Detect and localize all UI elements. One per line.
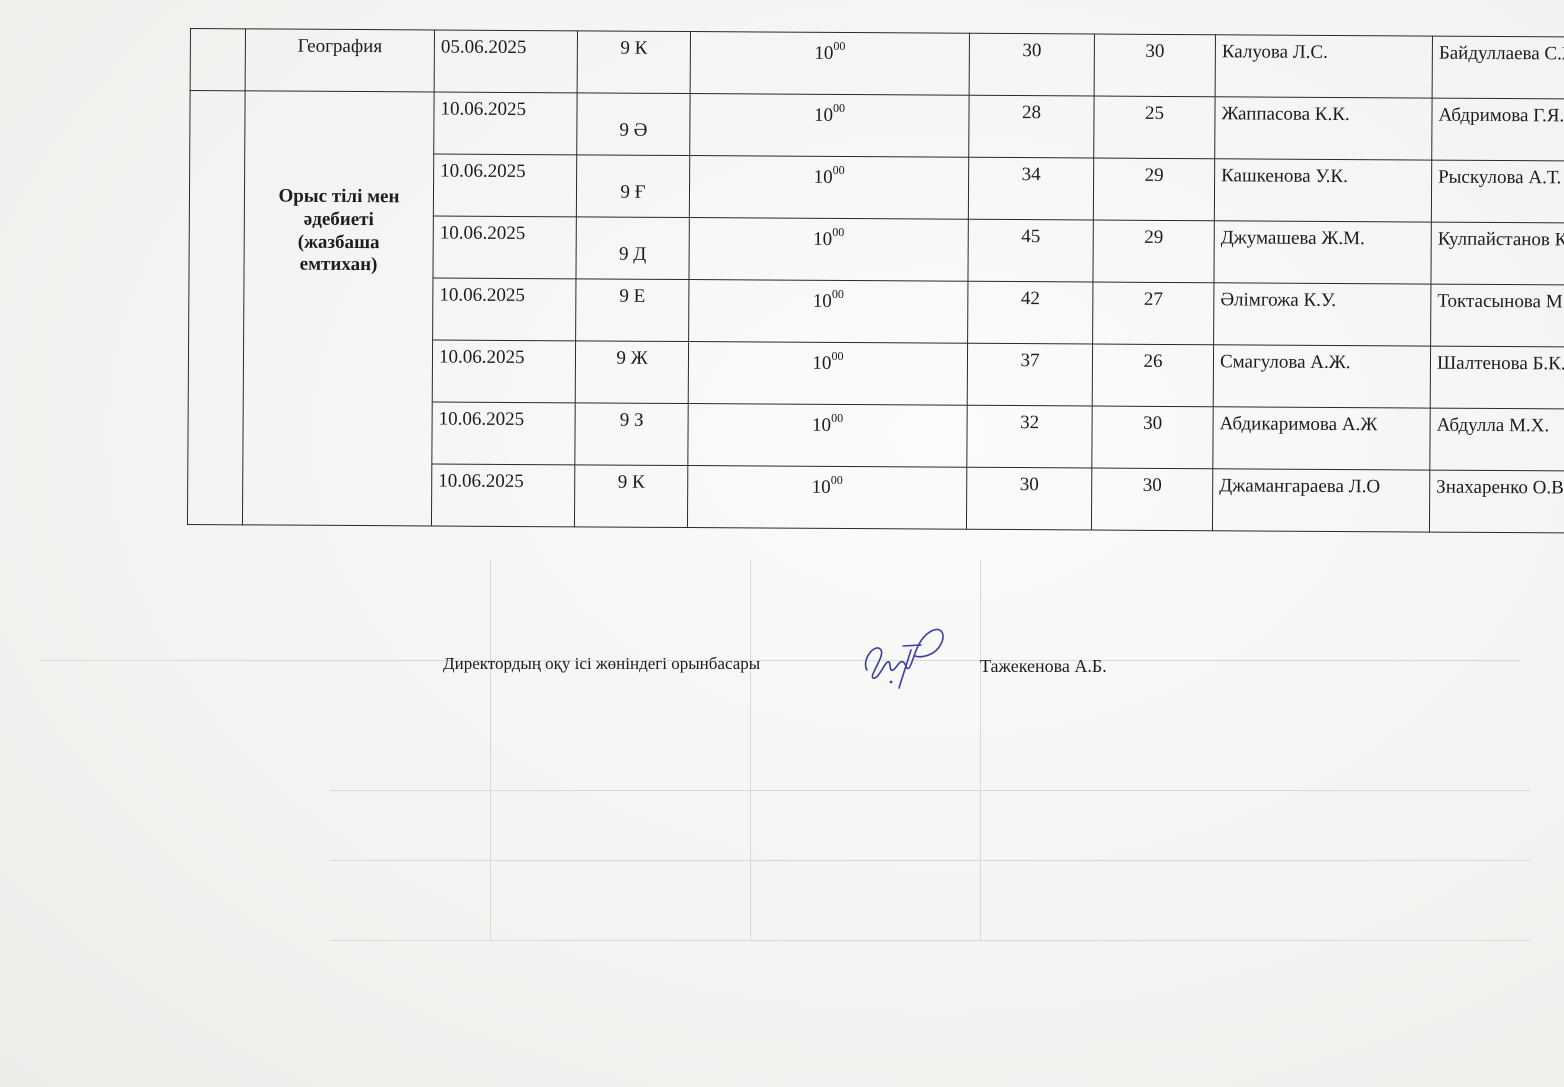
assistant-cell: Токтасынова М.Б. xyxy=(1431,284,1564,347)
bleed-through-line xyxy=(750,560,751,940)
total-students-cell: 37 xyxy=(967,343,1092,406)
date-cell: 10.06.2025 xyxy=(433,216,576,279)
subject-line: Орыс тілі мен xyxy=(251,185,427,209)
class-cell: 9 Ж xyxy=(575,341,688,404)
signer-position: Директордың оқу ісі жөніндегі орынбасары xyxy=(443,654,760,674)
total-students-cell: 32 xyxy=(967,405,1092,468)
participants-cell: 27 xyxy=(1093,282,1214,345)
time-cell: 1000 xyxy=(690,94,969,158)
time-cell: 1000 xyxy=(689,218,968,282)
subject-line: (жазбаша xyxy=(251,231,427,255)
merged-subject-cell: Орыс тілі мен әдебиеті (жазбаша емтихан) xyxy=(242,91,434,526)
participants-cell: 29 xyxy=(1093,220,1214,283)
participants-cell: 30 xyxy=(1094,34,1215,97)
teacher-cell: Джумашева Ж.М. xyxy=(1214,221,1431,284)
class-cell: 9 Е xyxy=(576,279,689,342)
total-students-cell: 28 xyxy=(969,95,1094,158)
participants-cell: 25 xyxy=(1094,96,1215,159)
class-cell: 9 К xyxy=(574,465,687,528)
time-cell: 1000 xyxy=(689,156,968,220)
assistant-cell: Рыскулова А.Т. xyxy=(1431,160,1564,223)
participants-cell: 30 xyxy=(1092,406,1213,469)
bleed-through-line xyxy=(330,940,1530,941)
time-cell: 1000 xyxy=(688,404,967,468)
date-cell: 10.06.2025 xyxy=(432,340,575,403)
assistant-cell: Байдуллаева С.Ж. xyxy=(1432,36,1564,99)
class-cell: 9 К xyxy=(577,31,690,94)
date-cell: 10.06.2025 xyxy=(432,402,575,465)
exam-schedule-table: География 05.06.2025 9 К 1000 30 30 Калу… xyxy=(187,28,1564,534)
class-cell: 9 Ә xyxy=(577,93,690,156)
participants-cell: 30 xyxy=(1091,468,1212,531)
table-row: Орыс тілі мен әдебиеті (жазбаша емтихан)… xyxy=(190,91,1564,162)
teacher-cell: Абдикаримова А.Ж xyxy=(1213,407,1430,470)
assistant-cell: Абдулла М.Х. xyxy=(1430,408,1564,471)
bleed-through-line xyxy=(40,660,1520,661)
teacher-cell: Жаппасова К.К. xyxy=(1215,97,1432,160)
subject-line: емтихан) xyxy=(250,254,426,278)
total-students-cell: 30 xyxy=(966,467,1091,530)
total-students-cell: 34 xyxy=(968,157,1093,220)
total-students-cell: 45 xyxy=(968,219,1093,282)
class-cell: 9 З xyxy=(575,403,688,466)
date-cell: 10.06.2025 xyxy=(433,278,576,341)
participants-cell: 26 xyxy=(1092,344,1213,407)
time-cell: 1000 xyxy=(689,280,968,344)
bleed-through-line xyxy=(330,860,1530,861)
date-cell: 10.06.2025 xyxy=(431,464,574,527)
class-cell: 9 Д xyxy=(576,217,689,280)
teacher-cell: Әлімгожа К.У. xyxy=(1214,283,1431,346)
time-cell: 1000 xyxy=(687,466,966,530)
assistant-cell: Шалтенова Б.К. xyxy=(1430,346,1564,409)
table-row: География 05.06.2025 9 К 1000 30 30 Калу… xyxy=(190,29,1564,100)
row-number-cell xyxy=(190,29,245,91)
teacher-cell: Смагулова А.Ж. xyxy=(1213,345,1430,408)
time-cell: 1000 xyxy=(688,342,967,406)
date-cell: 10.06.2025 xyxy=(434,92,577,155)
signer-name: Тажекенова А.Б. xyxy=(980,656,1107,677)
assistant-cell: Абдримова Г.Я. xyxy=(1432,98,1564,161)
total-students-cell: 42 xyxy=(968,281,1093,344)
class-cell: 9 Ғ xyxy=(576,155,689,218)
teacher-cell: Кашкенова У.К. xyxy=(1214,159,1431,222)
subject-line: әдебиеті xyxy=(251,208,427,232)
row-number-cell xyxy=(187,91,245,525)
bleed-through-line xyxy=(330,790,1530,791)
time-cell: 1000 xyxy=(690,32,969,96)
participants-cell: 29 xyxy=(1093,158,1214,221)
assistant-cell: Кулпайстанов К.Б. xyxy=(1431,222,1564,285)
assistant-cell: Знахаренко О.В. xyxy=(1429,470,1564,533)
teacher-cell: Джамангараева Л.О xyxy=(1212,469,1429,532)
total-students-cell: 30 xyxy=(969,33,1094,96)
date-cell: 05.06.2025 xyxy=(434,30,577,93)
handwritten-signature-icon xyxy=(855,620,955,695)
teacher-cell: Калуова Л.С. xyxy=(1215,35,1432,98)
date-cell: 10.06.2025 xyxy=(433,154,576,217)
subject-cell: География xyxy=(245,29,434,92)
bleed-through-line xyxy=(980,560,981,940)
bleed-through-line xyxy=(490,560,491,940)
